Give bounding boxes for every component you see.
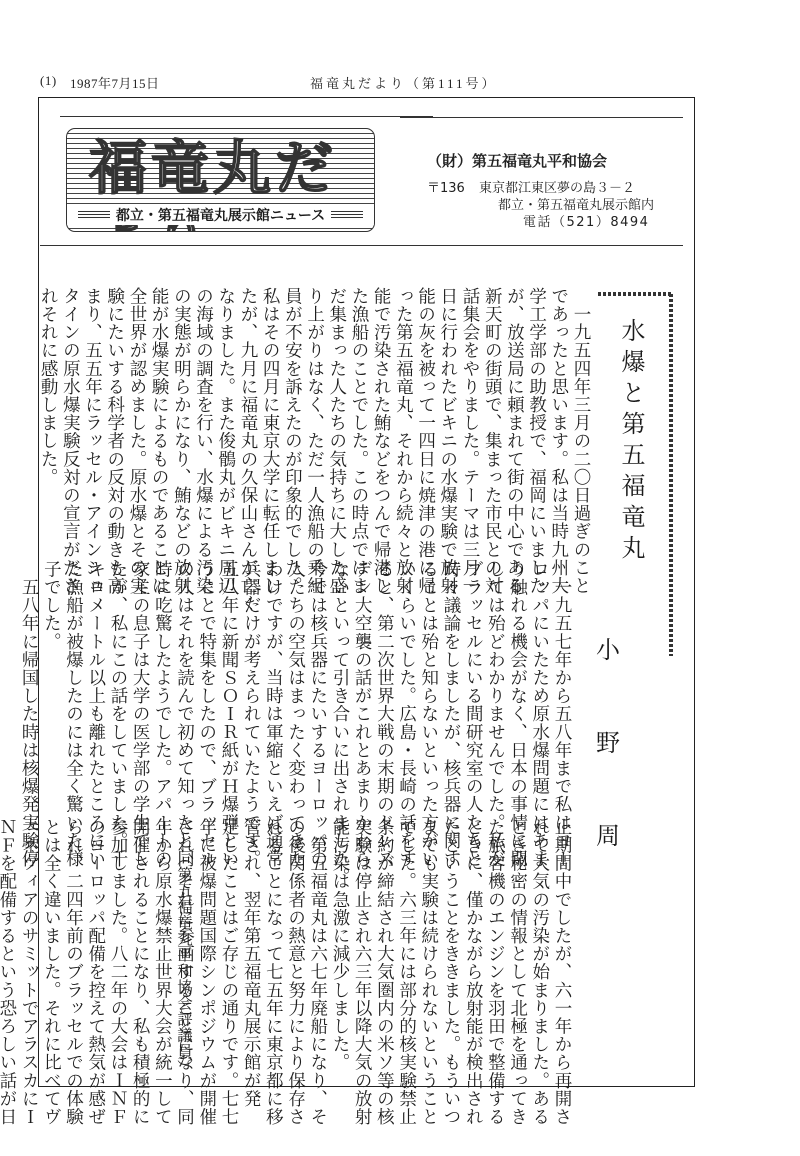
text-column: 止期間中でしたが、六一年から再開さ — [551, 818, 573, 1058]
text-column: 条約が締結され大気圏内の米ソ等の核 — [373, 818, 395, 1058]
text-column: り触れる機会がなく、日本の事情に関 — [506, 560, 528, 800]
text-column: ると、第二次世界大戦の末期のドレス — [373, 560, 395, 800]
text-column: 年に被爆問題国際シンポジウムが開催 — [196, 818, 218, 1058]
text-column: 兵器だけが考えられていたようです。 — [240, 560, 262, 800]
text-column: ェネツィアのサミットでアラスカにＩ — [18, 818, 40, 1058]
text-column: 員が不安を訴えたのが印象的でした。 — [281, 287, 303, 537]
text-column: り上がりはなく、ただ一人漁船の乗組 — [303, 287, 325, 537]
masthead-top-rule — [60, 116, 433, 117]
text-column: 子でした。 — [40, 560, 62, 800]
text-column: ロッパにいたため原水爆問題にはあま — [529, 560, 551, 800]
text-column: れて大気の汚染が始まりました。ある — [529, 818, 551, 1058]
decorative-dash-icon — [78, 211, 110, 219]
author-affiliation: （第五福竜丸平和協会評議員） — [173, 850, 195, 1090]
text-column: 学工学部の助教授で、福岡にいました — [525, 287, 547, 537]
text-column: たということをききました。もういつ — [440, 818, 462, 1058]
text-column: 話集会をやりました。テーマは三月一 — [459, 287, 481, 537]
author-char: 周 — [596, 816, 620, 851]
text-column: とは全く違いました。それに比べてヴ — [40, 818, 62, 1058]
text-column: しては殆どわかりませんでした。私が — [484, 560, 506, 800]
page-number: (1) — [40, 73, 57, 89]
text-column: タインの原水爆実験反対の宣言がださ — [59, 287, 81, 537]
text-column: られ、二四年前のブラッセルでの体験 — [62, 818, 84, 1058]
text-column: うことで特集をしたので、ブラッセル — [196, 560, 218, 800]
decorative-dash-icon — [331, 211, 363, 219]
text-column: 参加しました。八二年の大会はＩＮＦ — [107, 818, 129, 1058]
author-char: 小 — [596, 630, 620, 665]
text-column: ないといって引き合いに出されました。 — [329, 560, 351, 800]
text-column: た漁船が被爆したのには全く驚いた様 — [62, 560, 84, 800]
text-column: 年から原水爆禁止世界大会が統一して — [151, 818, 173, 1058]
article-author: 小 野 周 — [596, 630, 620, 851]
text-column: の後関係者の熱意と努力により保存さ — [284, 818, 306, 1058]
masthead-top-rule-right — [400, 117, 683, 118]
masthead-bottom-rule — [40, 245, 683, 246]
text-column: 能汚染は急激に減少しました。 — [329, 818, 351, 1058]
ornamental-border-side — [669, 294, 673, 656]
text-column: が、放送局に頼まれて街の中心である — [503, 287, 525, 537]
text-column: だ集まった人たちの気持ちに大した盛 — [326, 287, 348, 537]
text-column: 時に吃驚したようでした。アパートの — [151, 560, 173, 800]
organization-name: （財）第五福竜丸平和協会 — [427, 150, 607, 171]
article-body-block-3: 止期間中でしたが、六一年から再開されて大気の汚染が始まりました。あるとき秘密の情… — [0, 818, 573, 1058]
text-column: 人たちの空気はまったく変わってきた — [284, 560, 306, 800]
text-column: とき秘密の情報として北極を通ってき — [506, 818, 528, 1058]
article-body-block-2: 一九五七年から五八年まで私はヨーロッパにいたため原水爆問題にはあまり触れる機会が… — [18, 560, 573, 800]
article-body-block-1: 一九五四年三月の二〇日過ぎのことであったと思います。私は当時九州大学工学部の助教… — [37, 287, 592, 537]
text-column: ることは殆と知らないといった方がい — [418, 560, 440, 800]
logo-subtitle-bar: 都立・第五福竜丸展示館ニュース — [67, 205, 374, 225]
text-column: いくらいでした。広島・長崎の話をす — [395, 560, 417, 800]
text-column: なりました。また俊鶻丸がビキニ周辺 — [215, 287, 237, 537]
text-column: 日に行われたビキニの水爆実験で放射 — [437, 287, 459, 537]
text-column: であったと思います。私は当時九州大 — [548, 287, 570, 537]
text-column: ブラッセルにいる間研究室の人たちと — [462, 560, 484, 800]
article-title: 水爆と第五福竜丸 — [614, 318, 649, 566]
text-column: 一九五四年三月の二〇日過ぎのこと — [570, 287, 592, 537]
text-column: の人はそれを読んで初めて知ったと同 — [173, 560, 195, 800]
text-column: 全世界が認めました。原水爆とその実 — [126, 287, 148, 537]
ornamental-border-top — [598, 292, 672, 296]
text-column: 五八年に帰国した時は核爆発実験停 — [18, 560, 40, 800]
text-column: たが、私にこの話をしていました。千 — [107, 560, 129, 800]
text-column: までも実験は続けられないということ — [418, 818, 440, 1058]
text-column: 私はその四月に東京大学に転任しまし — [259, 287, 281, 537]
text-column: た旅客機のエンジンを羽田で整備する — [484, 818, 506, 1058]
text-column: れることになって七五年に東京都に移 — [262, 818, 284, 1058]
text-column: 家主の息子は大学の医学部の学生でし — [129, 560, 151, 800]
masthead-logo: 福竜丸だより 都立・第五福竜丸展示館ニュース — [66, 128, 375, 232]
text-column: の実態が明らかになり、鮪などの放射 — [170, 287, 192, 537]
text-column: 今では核兵器にたいするヨーロッパの — [307, 560, 329, 800]
text-column: 五八年に新聞ＳＯＩＲ紙がＨ爆弾とい — [218, 560, 240, 800]
text-column: キロメートル以上も離れたところにい — [85, 560, 107, 800]
text-column: 管され、翌年第五福竜丸展示館が発 — [240, 818, 262, 1058]
text-column: れそれに感動しました。 — [37, 287, 59, 537]
text-column: の海域の調査を行い、水爆による汚染 — [192, 287, 214, 537]
text-column: たが、九月に福竜丸の久保山さんが亡く — [237, 287, 259, 537]
text-column: 足したことはご存じの通りです。七七 — [218, 818, 240, 1058]
author-char: 野 — [596, 723, 620, 758]
issue-date: 1987年7月15日 — [70, 73, 160, 92]
text-column: 第五福竜丸は六七年廃船になり、そ — [307, 818, 329, 1058]
text-column: 能で汚染された鮪などをつんで帰港し — [370, 287, 392, 537]
text-column: 験にたいする科学者の反対の動きも高 — [104, 287, 126, 537]
text-column: デン大空襲の話がこれとあまりかわら — [351, 560, 373, 800]
postal-code: 〒136 — [427, 181, 465, 196]
phone-number: 電話（521）8494 — [523, 211, 649, 230]
text-column: 能が水爆実験によるものであることは — [148, 287, 170, 537]
text-column: 一九五七年から五八年まで私はヨー — [551, 560, 573, 800]
text-column: まり、五五年にラッセル・アインシュ — [81, 287, 103, 537]
text-column: 新天町の街頭で、集まった市民との対 — [481, 287, 503, 537]
text-column: わけですが、当時は軍縮といえば通常 — [262, 560, 284, 800]
text-column: った第五福竜丸、それから続々と放射 — [392, 287, 414, 537]
text-column: 能の灰を被って一四日に焼津の港に帰 — [414, 287, 436, 537]
text-column: 実験は停止され六三年以降大気の放射 — [351, 818, 373, 1058]
text-column: ＮＦを配備するという恐ろしい話が日 — [0, 818, 18, 1058]
text-column: た漁船のことでした。この時点ではま — [348, 287, 370, 537]
text-column: 開催されることになり、私も積極的に — [129, 818, 151, 1058]
logo-subtitle: 都立・第五福竜丸展示館ニュース — [116, 205, 325, 225]
text-column: のヨーロッパ配備を控えて熱気が感ぜ — [85, 818, 107, 1058]
text-column: ときに、僅かながら放射能が検出され — [462, 818, 484, 1058]
text-column: 時々議論をしましたが、核兵器に関す — [440, 560, 462, 800]
text-column: でした。六三年には部分的核実験禁止 — [395, 818, 417, 1058]
publication-title: 福竜丸だより（第111号） — [310, 73, 498, 92]
